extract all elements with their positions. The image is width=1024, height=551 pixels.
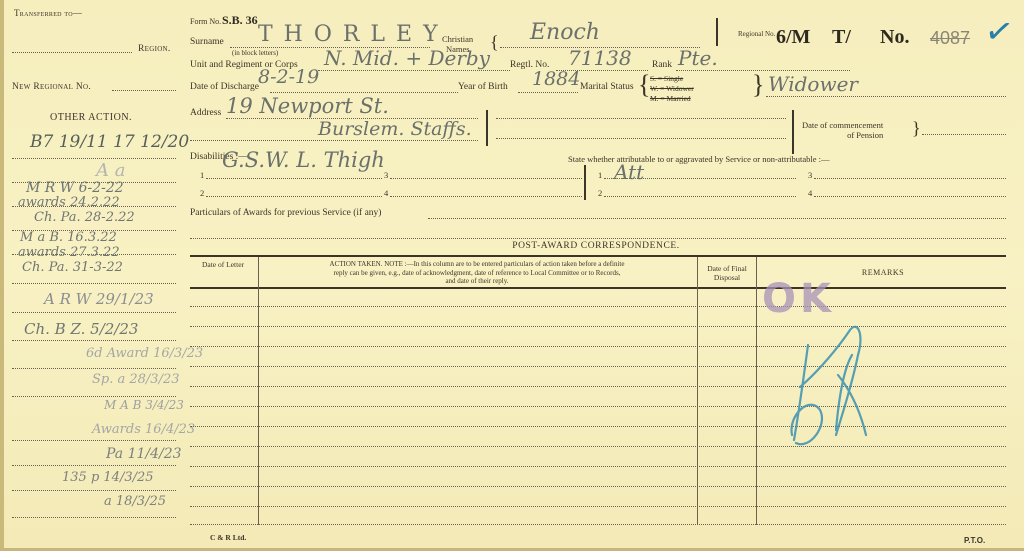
surname-label: Surname: [190, 37, 224, 47]
ruled-line: [12, 465, 176, 466]
col-header-action-taken: ACTION TAKEN. NOTE :—In this column are …: [262, 260, 692, 286]
rank-value: Pte.: [678, 46, 718, 70]
attributable-line-3: [814, 178, 1006, 179]
col-header-date-of-letter: Date of Letter: [190, 260, 256, 269]
printer-credit: C & R Ltd.: [210, 533, 246, 542]
no-value: 4087: [930, 28, 970, 49]
other-action-entry: awards 24.2.22: [18, 195, 120, 210]
ruled-line: [12, 368, 176, 369]
brace-icon: {: [490, 32, 499, 53]
table-row: [190, 346, 1006, 347]
birth-line: [518, 92, 578, 93]
brace-icon: }: [912, 118, 921, 139]
other-action-label: OTHER ACTION.: [50, 112, 132, 123]
other-action-entry: Sp. a 28/3/23: [92, 372, 180, 387]
transferred-to-label: Transferred to—: [14, 8, 82, 18]
address-right-line-2: [496, 138, 786, 139]
attributable-line-1: [604, 178, 796, 179]
table-row: [190, 506, 1006, 507]
card-left-edge: [0, 0, 4, 551]
other-action-entry: Awards 16/4/23: [92, 422, 195, 437]
pto-label: P.T.O.: [964, 536, 985, 545]
unit-line: [318, 70, 510, 71]
divider: [716, 18, 718, 46]
regional-prefix: 6/M: [776, 26, 810, 49]
new-regional-no-line: [112, 90, 176, 91]
awards-line-2: [190, 238, 1006, 239]
other-action-entry: Ch. Pa. 28-2.22: [34, 210, 135, 225]
disability-line-1: [206, 178, 382, 179]
discharge-label: Date of Discharge: [190, 82, 259, 92]
divider: [584, 165, 586, 200]
attributable-num-2: 2: [598, 188, 602, 198]
pension-label: Date of commencement of Pension: [802, 120, 883, 140]
col-divider: [258, 257, 259, 525]
pension-line: [922, 134, 1006, 135]
table-row: [190, 386, 1006, 387]
brace-icon: }: [752, 72, 764, 98]
christian-names-label-1: Christian: [442, 34, 473, 44]
table-row: [190, 446, 1006, 447]
disability-num-4: 4: [384, 188, 388, 198]
disability-line-4: [390, 196, 582, 197]
attributable-line-4: [814, 196, 1006, 197]
no-label: No.: [880, 26, 909, 49]
brace-icon: {: [638, 72, 650, 98]
date-final-line-1: Date of Final: [698, 264, 756, 273]
pension-label-1: Date of commencement: [802, 120, 883, 130]
other-action-entry: A R W 29/1/23: [44, 290, 154, 308]
attributable-num-1: 1: [598, 170, 602, 180]
action-taken-line-1: ACTION TAKEN. NOTE :—In this column are …: [262, 260, 692, 269]
birth-value: 1884: [532, 68, 580, 90]
disability-line-3: [390, 178, 582, 179]
christian-names-value: Enoch: [530, 20, 600, 45]
marital-label: Marital Status: [580, 82, 634, 92]
marital-option-single: S. = Single: [650, 74, 683, 83]
surname-sublabel: (in block letters): [232, 49, 278, 57]
other-action-entry: A a: [96, 160, 125, 181]
action-taken-line-3: and date of their reply.: [262, 277, 692, 286]
attributable-value: Att: [614, 160, 644, 184]
disability-num-1: 1: [200, 170, 204, 180]
form-no-value: S.B. 36: [222, 13, 258, 28]
other-action-entry: M R W 6-2-22: [26, 180, 124, 196]
other-action-entry: 6d Award 16/3/23: [86, 346, 203, 361]
ruled-line: [12, 283, 176, 284]
disability-num-2: 2: [200, 188, 204, 198]
regtl-no-value: 71138: [568, 46, 632, 70]
other-action-entry: Ch. B Z. 5/2/23: [24, 320, 138, 338]
ruled-line: [12, 517, 176, 518]
disability-line-2: [206, 196, 382, 197]
disability-num-3: 3: [384, 170, 388, 180]
col-divider: [697, 257, 698, 525]
table-row: [190, 426, 1006, 427]
marital-option-widower: W. = Widower: [650, 84, 694, 93]
unit-value: N. Mid. + Derby: [324, 46, 490, 70]
table-header-rule: [190, 287, 1006, 289]
other-action-entry: 135 p 14/3/25: [62, 470, 154, 485]
check-mark-icon: ✓: [982, 10, 1017, 54]
birth-label: Year of Birth: [458, 82, 508, 92]
discharge-value: 8-2-19: [258, 66, 319, 88]
marital-line: [766, 96, 1006, 97]
date-final-line-2: Disposal: [698, 273, 756, 282]
regional-t: T/: [832, 26, 851, 49]
ruled-line: [12, 440, 176, 441]
awards-line-1: [428, 218, 1006, 219]
marital-option-married: M. = Married: [650, 94, 691, 103]
attributable-line-2: [604, 196, 796, 197]
table-row: [190, 406, 1006, 407]
action-taken-line-2: reply can be given, e.g., date of acknow…: [262, 269, 692, 278]
other-action-entry: M A B 3/4/23: [104, 398, 184, 412]
pension-label-2: of Pension: [847, 130, 883, 140]
address-value-2: Burslem. Staffs.: [318, 118, 472, 140]
new-regional-no-label: New Regional No.: [12, 82, 91, 92]
disabilities-value: G.S.W. L. Thigh: [222, 148, 385, 172]
address-value-1: 19 Newport St.: [226, 94, 389, 118]
ruled-line: [12, 312, 176, 313]
table-row: [190, 306, 1006, 307]
ruled-line: [12, 490, 176, 491]
ruled-line: [12, 396, 176, 397]
form-no-label: Form No.: [190, 17, 221, 26]
address-line-2: [190, 140, 478, 141]
other-action-entry: B7 19/11 17 12/20: [30, 132, 189, 152]
attributable-num-4: 4: [808, 188, 812, 198]
other-action-entry: Pa 11/4/23: [106, 446, 182, 462]
pension-record-card: Transferred to— Region. New Regional No.…: [0, 0, 1024, 551]
other-action-entry: a 18/3/25: [104, 494, 166, 509]
table-row: [190, 366, 1006, 367]
col-divider: [756, 257, 757, 525]
surname-value: T H O R L E Y: [258, 22, 440, 47]
region-line: [12, 52, 132, 53]
attributable-label: State whether attributable to or aggrava…: [568, 154, 830, 164]
table-row: [190, 524, 1006, 525]
divider: [486, 110, 488, 146]
ruled-line: [12, 340, 176, 341]
attributable-num-3: 3: [808, 170, 812, 180]
divider: [792, 110, 794, 154]
other-action-entry: Ch. Pa. 31-3-22: [22, 260, 123, 275]
rank-label: Rank: [652, 60, 672, 70]
col-header-date-final: Date of Final Disposal: [698, 264, 756, 282]
awards-label: Particulars of Awards for previous Servi…: [190, 208, 381, 218]
regional-no-label: Regional No.: [738, 30, 775, 38]
table-row: [190, 466, 1006, 467]
address-label: Address: [190, 108, 221, 118]
initials-signature-icon: [780, 315, 880, 455]
correspondence-title: POST-AWARD CORRESPONDENCE.: [0, 241, 1024, 251]
table-top-rule: [190, 255, 1006, 257]
table-row: [190, 326, 1006, 327]
region-label: Region.: [138, 44, 171, 54]
address-right-line-1: [496, 118, 786, 119]
marital-value: Widower: [768, 72, 858, 96]
ruled-line: [12, 158, 176, 159]
table-row: [190, 486, 1006, 487]
discharge-line: [270, 92, 458, 93]
